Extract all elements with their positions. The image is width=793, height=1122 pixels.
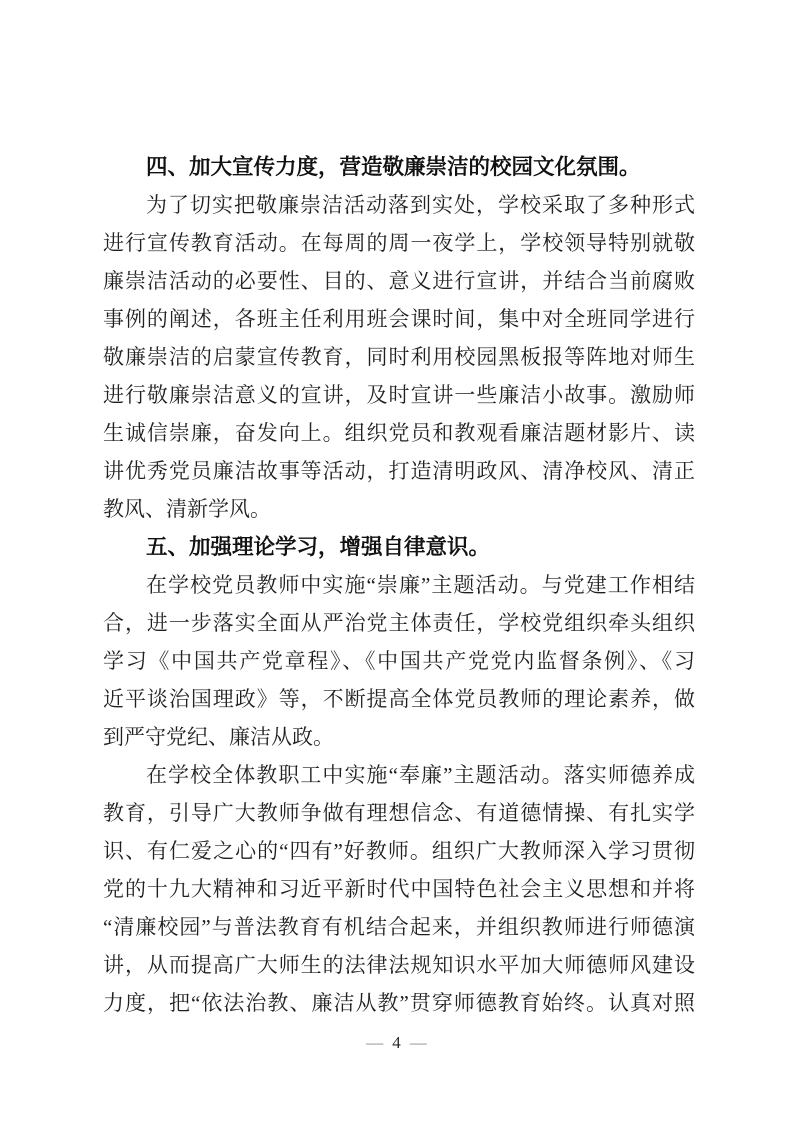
page-number-dash-right: — bbox=[401, 1033, 436, 1052]
body-line: 教风、清新学风。 bbox=[103, 490, 695, 528]
page-number-dash-left: — bbox=[357, 1033, 392, 1052]
page-footer: —4— bbox=[0, 1030, 793, 1056]
page-number: 4 bbox=[392, 1033, 401, 1052]
body-line: 党的十九大精神和习近平新时代中国特色社会主义思想和并将 bbox=[103, 870, 695, 908]
body-line: “清廉校园”与普法教育有机结合起来，并组织教师进行师德演 bbox=[103, 908, 695, 946]
body-line: 识、有仁爱之心的“四有”好教师。组织广大教师深入学习贯彻 bbox=[103, 832, 695, 870]
document-page: 四、加大宣传力度，营造敬廉崇洁的校园文化氛围。 为了切实把敬廉崇洁活动落到实处，… bbox=[0, 0, 793, 1122]
body-line: 合，进一步落实全面从严治党主体责任，学校党组织牵头组织 bbox=[103, 604, 695, 642]
body-line: 敬廉崇洁的启蒙宣传教育，同时利用校园黑板报等阵地对师生 bbox=[103, 338, 695, 376]
body-line: 为了切实把敬廉崇洁活动落到实处，学校采取了多种形式 bbox=[103, 186, 695, 224]
body-line: 教育，引导广大教师争做有理想信念、有道德情操、有扎实学 bbox=[103, 794, 695, 832]
section-heading-5: 五、加强理论学习，增强自律意识。 bbox=[103, 528, 695, 566]
body-line: 近平谈治国理政》等，不断提高全体党员教师的理论素养，做 bbox=[103, 680, 695, 718]
section-heading-4: 四、加大宣传力度，营造敬廉崇洁的校园文化氛围。 bbox=[103, 148, 695, 186]
body-line: 讲，从而提高广大师生的法律法规知识水平加大师德师风建设 bbox=[103, 946, 695, 984]
text-block: 四、加大宣传力度，营造敬廉崇洁的校园文化氛围。 为了切实把敬廉崇洁活动落到实处，… bbox=[103, 148, 695, 1022]
body-line: 事例的阐述，各班主任利用班会课时间，集中对全班同学进行 bbox=[103, 300, 695, 338]
body-line: 在学校全体教职工中实施“奉廉”主题活动。落实师德养成 bbox=[103, 756, 695, 794]
body-line: 讲优秀党员廉洁故事等活动，打造清明政风、清净校风、清正 bbox=[103, 452, 695, 490]
body-line: 力度，把“依法治教、廉洁从教”贯穿师德教育始终。认真对照 bbox=[103, 984, 695, 1022]
body-line: 在学校党员教师中实施“崇廉”主题活动。与党建工作相结 bbox=[103, 566, 695, 604]
body-line: 进行宣传教育活动。在每周的周一夜学上，学校领导特别就敬 bbox=[103, 224, 695, 262]
body-line: 廉崇洁活动的必要性、目的、意义进行宣讲，并结合当前腐败 bbox=[103, 262, 695, 300]
body-line: 学习《中国共产党章程》、《中国共产党党内监督条例》、《习 bbox=[103, 642, 695, 680]
body-line: 生诚信崇廉，奋发向上。组织党员和教观看廉洁题材影片、读 bbox=[103, 414, 695, 452]
body-line: 到严守党纪、廉洁从政。 bbox=[103, 718, 695, 756]
body-line: 进行敬廉崇洁意义的宣讲，及时宣讲一些廉洁小故事。激励师 bbox=[103, 376, 695, 414]
